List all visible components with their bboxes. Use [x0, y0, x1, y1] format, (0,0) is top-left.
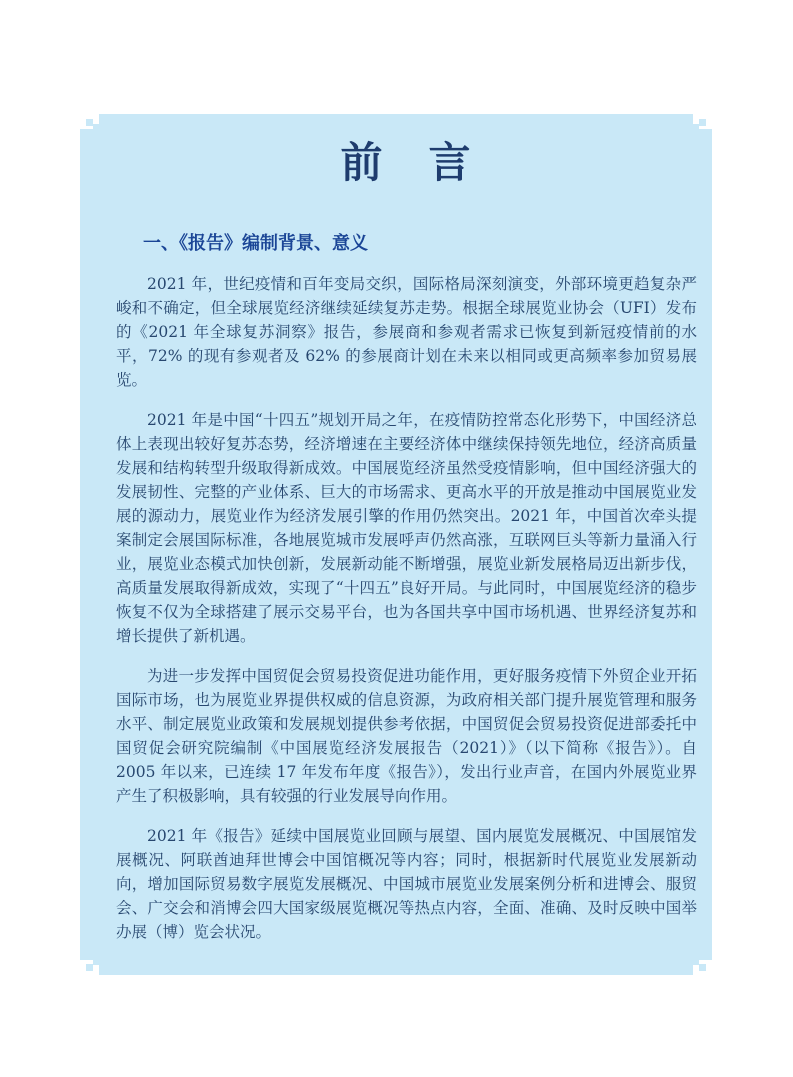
paragraph-2: 2021 年是中国“十四五”规划开局之年，在疫情防控常态化形势下，中国经济总体上…: [116, 408, 697, 648]
content-area: 前 言 一、《报告》编制背景、意义 2021 年，世纪疫情和百年变局交织，国际格…: [80, 114, 712, 975]
corner-ornament-bottom-right: [699, 964, 706, 971]
corner-ornament-bottom-left: [86, 964, 93, 971]
section-heading: 一、《报告》编制背景、意义: [143, 232, 697, 256]
content-panel: 前 言 一、《报告》编制背景、意义 2021 年，世纪疫情和百年变局交织，国际格…: [80, 114, 712, 975]
page-title: 前 言: [116, 138, 697, 188]
corner-ornament-top-left: [86, 119, 93, 126]
corner-ornament-top-right: [699, 119, 706, 126]
paragraph-4: 2021 年《报告》延续中国展览业回顾与展望、国内展览发展概况、中国展馆发展概况…: [116, 824, 697, 944]
paragraph-3: 为进一步发挥中国贸促会贸易投资促进功能作用，更好服务疫情下外贸企业开拓国际市场，…: [116, 664, 697, 808]
paragraph-1: 2021 年，世纪疫情和百年变局交织，国际格局深刻演变，外部环境更趋复杂严峻和不…: [116, 272, 697, 392]
